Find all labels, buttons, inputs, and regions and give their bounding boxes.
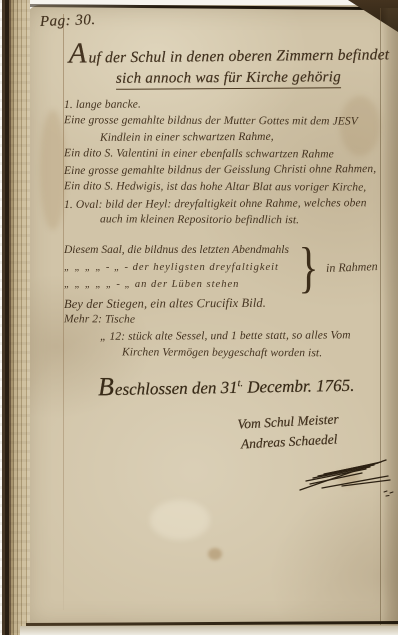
page-number-label: Pag: 30. bbox=[40, 12, 96, 31]
braced-item-group: Diesem Saal, die bildnus des letzten Abe… bbox=[64, 242, 378, 293]
book-page-edges bbox=[0, 0, 30, 635]
manuscript-photo: Pag: 30. Auf der Schul in denen oberen Z… bbox=[0, 0, 398, 635]
manuscript-line: Mehr 2: Tische bbox=[64, 311, 394, 329]
title-line-2-underlined: sich annoch was für Kirche gehörig bbox=[116, 69, 341, 90]
curly-brace: } bbox=[298, 243, 318, 293]
page-title: Auf der Schul in denen oberen Zimmern be… bbox=[66, 36, 392, 89]
inventory-list: 1. lange bancke. Eine grosse gemahlte bi… bbox=[64, 96, 394, 229]
title-line-1: Auf der Schul in denen oberen Zimmern be… bbox=[66, 34, 392, 70]
inventory-list-continued: Bey der Stiegen, ein altes Crucifix Bild… bbox=[64, 295, 394, 361]
manuscript-line: auch im kleinen Repositorio befindlich i… bbox=[100, 212, 394, 230]
manuscript-line: Ein dito S. Hedwigis, ist das hohe Altar… bbox=[64, 178, 394, 196]
manuscript-line: Bey der Stiegen, ein altes Crucifix Bild… bbox=[64, 294, 394, 313]
manuscript-line: Diesem Saal, die bildnus des letzten Abe… bbox=[64, 242, 289, 259]
closing-date-line: Beschlossen den 31t. Decembr. 1765. bbox=[98, 368, 355, 402]
signature-flourish-hatching bbox=[296, 450, 396, 498]
manuscript-line: Eine grosse gemahlte bildnus der Geisslu… bbox=[64, 161, 394, 180]
ditto-line: „ „ „ „ „ - „ an der Lüben stehen bbox=[64, 276, 289, 293]
paper-stain bbox=[40, 110, 66, 230]
book-bottom-pages bbox=[20, 626, 398, 635]
manuscript-line: 1. Oval: bild der Heyl: dreyfaltigkeit o… bbox=[64, 195, 394, 214]
ornate-initial: A bbox=[69, 37, 89, 69]
manuscript-line: 1. lange bancke. bbox=[64, 95, 394, 114]
manuscript-line: „ 12: stück alte Sessel, und 1 bette sta… bbox=[100, 327, 394, 345]
manuscript-line: Eine grosse gemahlte bildnus der Mutter … bbox=[64, 112, 394, 130]
ditto-line: „ „ „ „ - „ - der heyligsten dreyfaltigk… bbox=[64, 259, 289, 276]
paper-stain bbox=[208, 548, 222, 560]
brace-annotation: in Rahmen bbox=[326, 259, 378, 276]
braced-lines: Diesem Saal, die bildnus des letzten Abe… bbox=[64, 242, 289, 293]
manuscript-line: Kindlein in einer schwartzen Rahme, bbox=[100, 128, 394, 146]
signature-block: Vom Schul Meister Andreas Schaedel bbox=[237, 409, 340, 454]
paper-highlight bbox=[150, 500, 210, 540]
manuscript-line: Kirchen Vermögen beygeschaft worden ist. bbox=[122, 344, 394, 362]
